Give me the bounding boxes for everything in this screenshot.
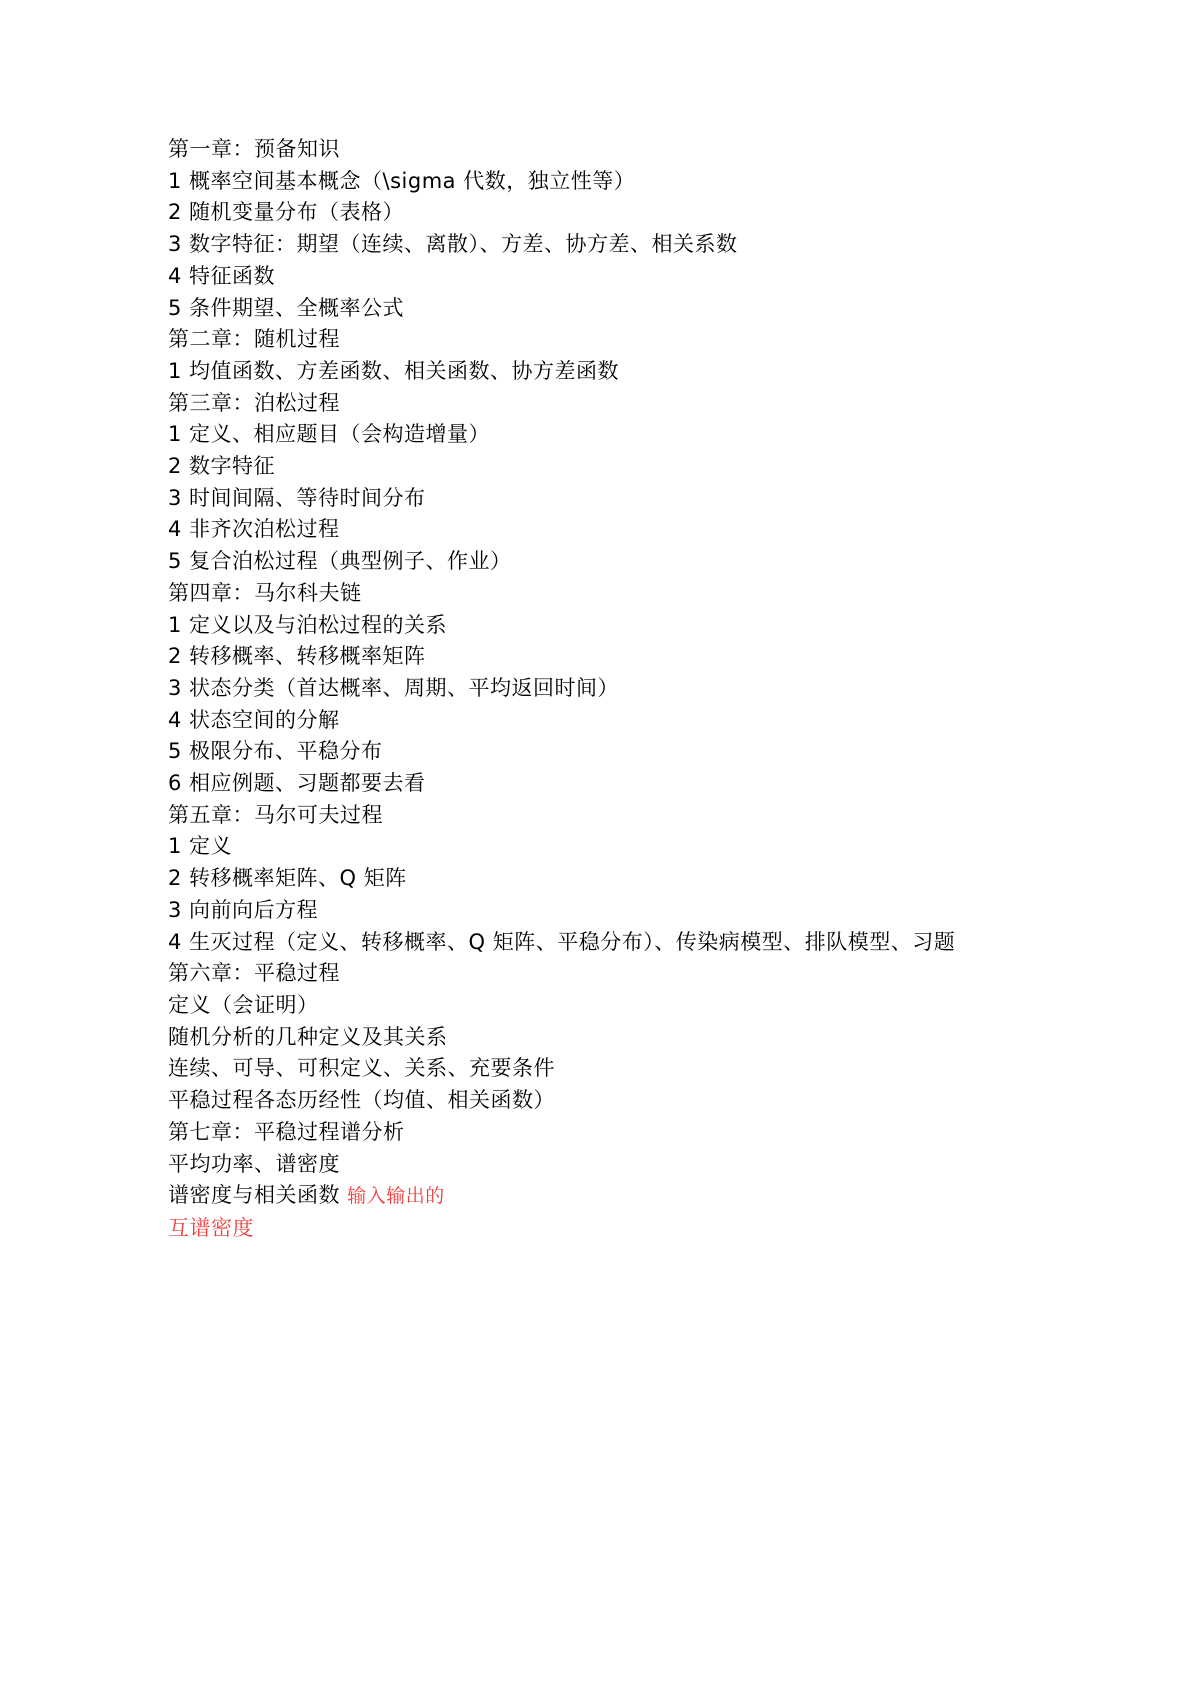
note-text: 4 非齐次泊松过程 bbox=[168, 517, 340, 541]
note-text: 平稳过程各态历经性（均值、相关函数） bbox=[168, 1088, 555, 1112]
note-text: 2 转移概率、转移概率矩阵 bbox=[168, 644, 426, 668]
note-line: 互谱密度 bbox=[168, 1213, 1088, 1245]
note-line: 2 数字特征 bbox=[168, 451, 1088, 483]
note-line: 4 生灭过程（定义、转移概率、Q 矩阵、平稳分布）、传染病模型、排队模型、习题 bbox=[168, 927, 1088, 959]
note-text: 第二章：随机过程 bbox=[168, 327, 340, 351]
note-line: 5 条件期望、全概率公式 bbox=[168, 293, 1088, 325]
note-text: 1 定义以及与泊松过程的关系 bbox=[168, 613, 447, 637]
note-line: 2 转移概率、转移概率矩阵 bbox=[168, 641, 1088, 673]
note-line: 3 向前向后方程 bbox=[168, 895, 1088, 927]
note-text: 随机分析的几种定义及其关系 bbox=[168, 1025, 448, 1049]
note-line: 1 定义 bbox=[168, 831, 1088, 863]
note-text: 1 定义 bbox=[168, 834, 232, 858]
note-text: 2 随机变量分布（表格） bbox=[168, 200, 404, 224]
note-text: 4 状态空间的分解 bbox=[168, 708, 340, 732]
note-line: 平均功率、谱密度 bbox=[168, 1149, 1088, 1181]
note-text: 5 条件期望、全概率公式 bbox=[168, 296, 404, 320]
note-text: 第七章：平稳过程谱分析 bbox=[168, 1120, 405, 1144]
note-text: 5 复合泊松过程（典型例子、作业） bbox=[168, 549, 512, 573]
note-line: 4 状态空间的分解 bbox=[168, 705, 1088, 737]
note-line: 第二章：随机过程 bbox=[168, 324, 1088, 356]
note-line: 平稳过程各态历经性（均值、相关函数） bbox=[168, 1085, 1088, 1117]
note-annotation-red: 输入输出的 bbox=[347, 1185, 445, 1207]
note-text: 6 相应例题、习题都要去看 bbox=[168, 771, 426, 795]
note-text: 第五章：马尔可夫过程 bbox=[168, 803, 383, 827]
note-text: 3 状态分类（首达概率、周期、平均返回时间） bbox=[168, 676, 619, 700]
note-text: 第一章：预备知识 bbox=[168, 137, 340, 161]
note-line: 第五章：马尔可夫过程 bbox=[168, 800, 1088, 832]
note-text: 4 生灭过程（定义、转移概率、Q 矩阵、平稳分布）、传染病模型、排队模型、习题 bbox=[168, 930, 955, 954]
note-text: 第三章：泊松过程 bbox=[168, 391, 340, 415]
note-line: 定义（会证明） bbox=[168, 990, 1088, 1022]
note-text: 2 转移概率矩阵、Q 矩阵 bbox=[168, 866, 407, 890]
note-text: 1 均值函数、方差函数、相关函数、协方差函数 bbox=[168, 359, 619, 383]
note-line: 谱密度与相关函数 输入输出的 bbox=[168, 1180, 1088, 1213]
note-line: 6 相应例题、习题都要去看 bbox=[168, 768, 1088, 800]
note-line: 第四章：马尔科夫链 bbox=[168, 578, 1088, 610]
note-line: 4 特征函数 bbox=[168, 261, 1088, 293]
note-text: 1 概率空间基本概念（\sigma 代数，独立性等） bbox=[168, 169, 635, 193]
note-line: 2 转移概率矩阵、Q 矩阵 bbox=[168, 863, 1088, 895]
note-text: 2 数字特征 bbox=[168, 454, 275, 478]
note-text: 4 特征函数 bbox=[168, 264, 275, 288]
note-line: 1 定义、相应题目（会构造增量） bbox=[168, 419, 1088, 451]
note-line: 第七章：平稳过程谱分析 bbox=[168, 1117, 1088, 1149]
note-line: 4 非齐次泊松过程 bbox=[168, 514, 1088, 546]
note-line: 5 复合泊松过程（典型例子、作业） bbox=[168, 546, 1088, 578]
note-text: 第四章：马尔科夫链 bbox=[168, 581, 362, 605]
note-line: 第三章：泊松过程 bbox=[168, 388, 1088, 420]
note-text: 5 极限分布、平稳分布 bbox=[168, 739, 383, 763]
note-text: 谱密度与相关函数 bbox=[168, 1183, 347, 1207]
note-line: 3 状态分类（首达概率、周期、平均返回时间） bbox=[168, 673, 1088, 705]
note-line: 第六章：平稳过程 bbox=[168, 958, 1088, 990]
note-line: 第一章：预备知识 bbox=[168, 134, 1088, 166]
note-annotation-red: 互谱密度 bbox=[168, 1216, 254, 1240]
note-line: 1 概率空间基本概念（\sigma 代数，独立性等） bbox=[168, 166, 1088, 198]
note-text: 平均功率、谱密度 bbox=[168, 1152, 340, 1176]
note-line: 随机分析的几种定义及其关系 bbox=[168, 1022, 1088, 1054]
note-text: 连续、可导、可积定义、关系、充要条件 bbox=[168, 1056, 555, 1080]
note-text: 第六章：平稳过程 bbox=[168, 961, 340, 985]
notes-body: 第一章：预备知识1 概率空间基本概念（\sigma 代数，独立性等）2 随机变量… bbox=[168, 134, 1088, 1245]
note-line: 3 时间间隔、等待时间分布 bbox=[168, 483, 1088, 515]
notes-document: 第一章：预备知识1 概率空间基本概念（\sigma 代数，独立性等）2 随机变量… bbox=[168, 134, 1088, 1245]
note-line: 1 定义以及与泊松过程的关系 bbox=[168, 610, 1088, 642]
note-line: 5 极限分布、平稳分布 bbox=[168, 736, 1088, 768]
note-text: 3 数字特征：期望（连续、离散）、方差、协方差、相关系数 bbox=[168, 232, 738, 256]
note-line: 1 均值函数、方差函数、相关函数、协方差函数 bbox=[168, 356, 1088, 388]
note-line: 3 数字特征：期望（连续、离散）、方差、协方差、相关系数 bbox=[168, 229, 1088, 261]
note-text: 1 定义、相应题目（会构造增量） bbox=[168, 422, 490, 446]
note-line: 2 随机变量分布（表格） bbox=[168, 197, 1088, 229]
note-line: 连续、可导、可积定义、关系、充要条件 bbox=[168, 1053, 1088, 1085]
note-text: 3 向前向后方程 bbox=[168, 898, 318, 922]
note-text: 3 时间间隔、等待时间分布 bbox=[168, 486, 426, 510]
note-text: 定义（会证明） bbox=[168, 993, 319, 1017]
